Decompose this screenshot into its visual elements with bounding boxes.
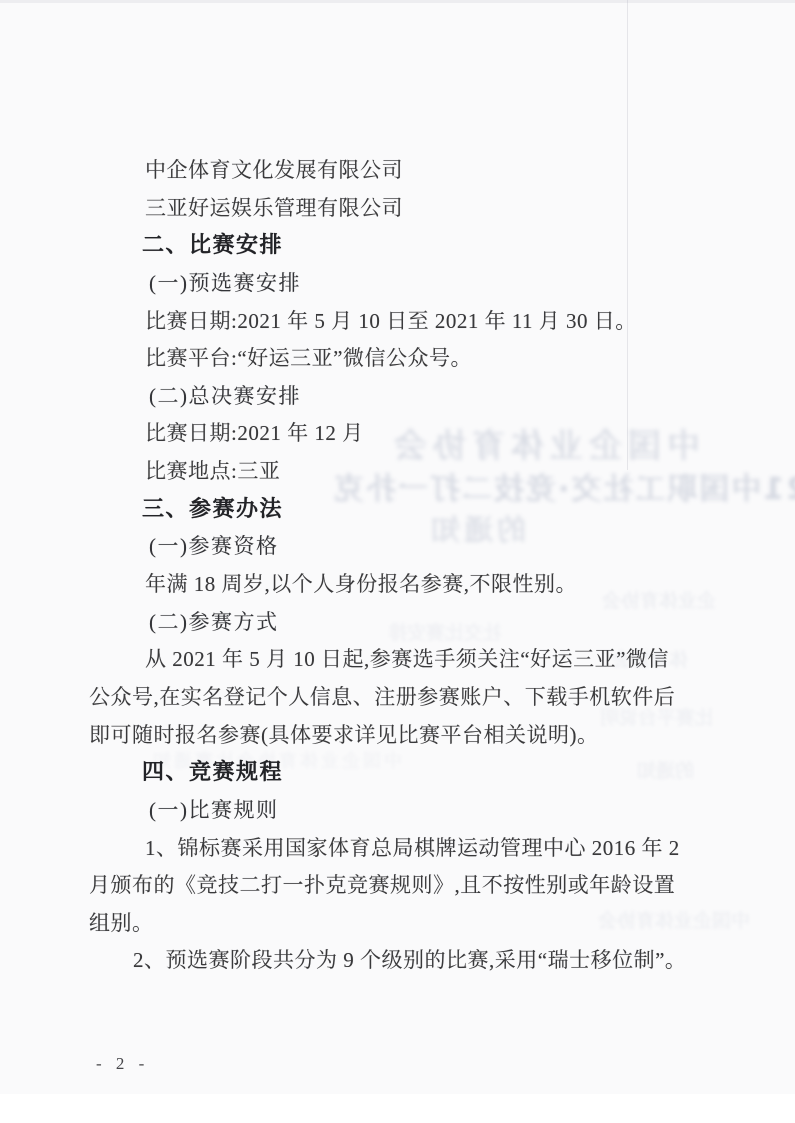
doc-line-rule-2: 2、预选赛阶段共分为 9 个级别的比赛,采用“瑞士移位制”。 (133, 942, 795, 980)
doc-line-rule-1a: 1、锦标赛采用国家体育总局棋牌运动管理中心 2016 年 2 (145, 830, 795, 868)
doc-line-finals-location: 比赛地点:三亚 (145, 453, 795, 491)
section-heading-participation: 三、参赛办法 (142, 491, 795, 529)
doc-line-entry-1: 从 2021 年 5 月 10 日起,参赛选手须关注“好运三亚”微信 (145, 641, 795, 679)
scanned-document-page: 中国企业体育协会 2021中国职工社交·竞技二打一扑克 的通知 企业体育协会 社… (0, 0, 795, 1123)
organizer-company-line: 中企体育文化发展有限公司 (145, 152, 795, 190)
document-body: 中企体育文化发展有限公司 三亚好运娱乐管理有限公司 二、比赛安排 (一)预选赛安… (0, 152, 795, 980)
doc-line-match-platform: 比赛平台:“好运三亚”微信公众号。 (145, 340, 795, 378)
section-heading-match-arrangement: 二、比赛安排 (142, 227, 795, 265)
scan-bottom-edge (0, 1094, 795, 1123)
scan-top-edge (0, 0, 795, 3)
organizer-company-line: 三亚好运娱乐管理有限公司 (145, 190, 795, 228)
page-number: - 2 - (96, 1052, 149, 1076)
doc-line-entry-2: 公众号,在实名登记个人信息、注册参赛账户、下载手机软件后 (89, 679, 795, 717)
doc-line-eligibility: 年满 18 周岁,以个人身份报名参赛,不限性别。 (145, 566, 795, 604)
subsection-heading-eligibility: (一)参赛资格 (149, 528, 795, 566)
doc-line-match-dates: 比赛日期:2021 年 5 月 10 日至 2021 年 11 月 30 日。 (145, 303, 795, 341)
subsection-heading-preliminary: (一)预选赛安排 (149, 265, 795, 303)
doc-line-entry-3: 即可随时报名参赛(具体要求详见比赛平台相关说明)。 (89, 717, 795, 755)
doc-line-finals-date: 比赛日期:2021 年 12 月 (145, 415, 795, 453)
doc-line-rule-1c: 组别。 (89, 905, 795, 943)
subsection-heading-match-rules: (一)比赛规则 (149, 792, 795, 830)
doc-line-rule-1b: 月颁布的《竞技二打一扑克竞赛规则》,且不按性别或年龄设置 (89, 867, 795, 905)
section-heading-competition-rules: 四、竞赛规程 (142, 754, 795, 792)
subsection-heading-entry-method: (二)参赛方式 (149, 604, 795, 642)
subsection-heading-finals: (二)总决赛安排 (149, 378, 795, 416)
